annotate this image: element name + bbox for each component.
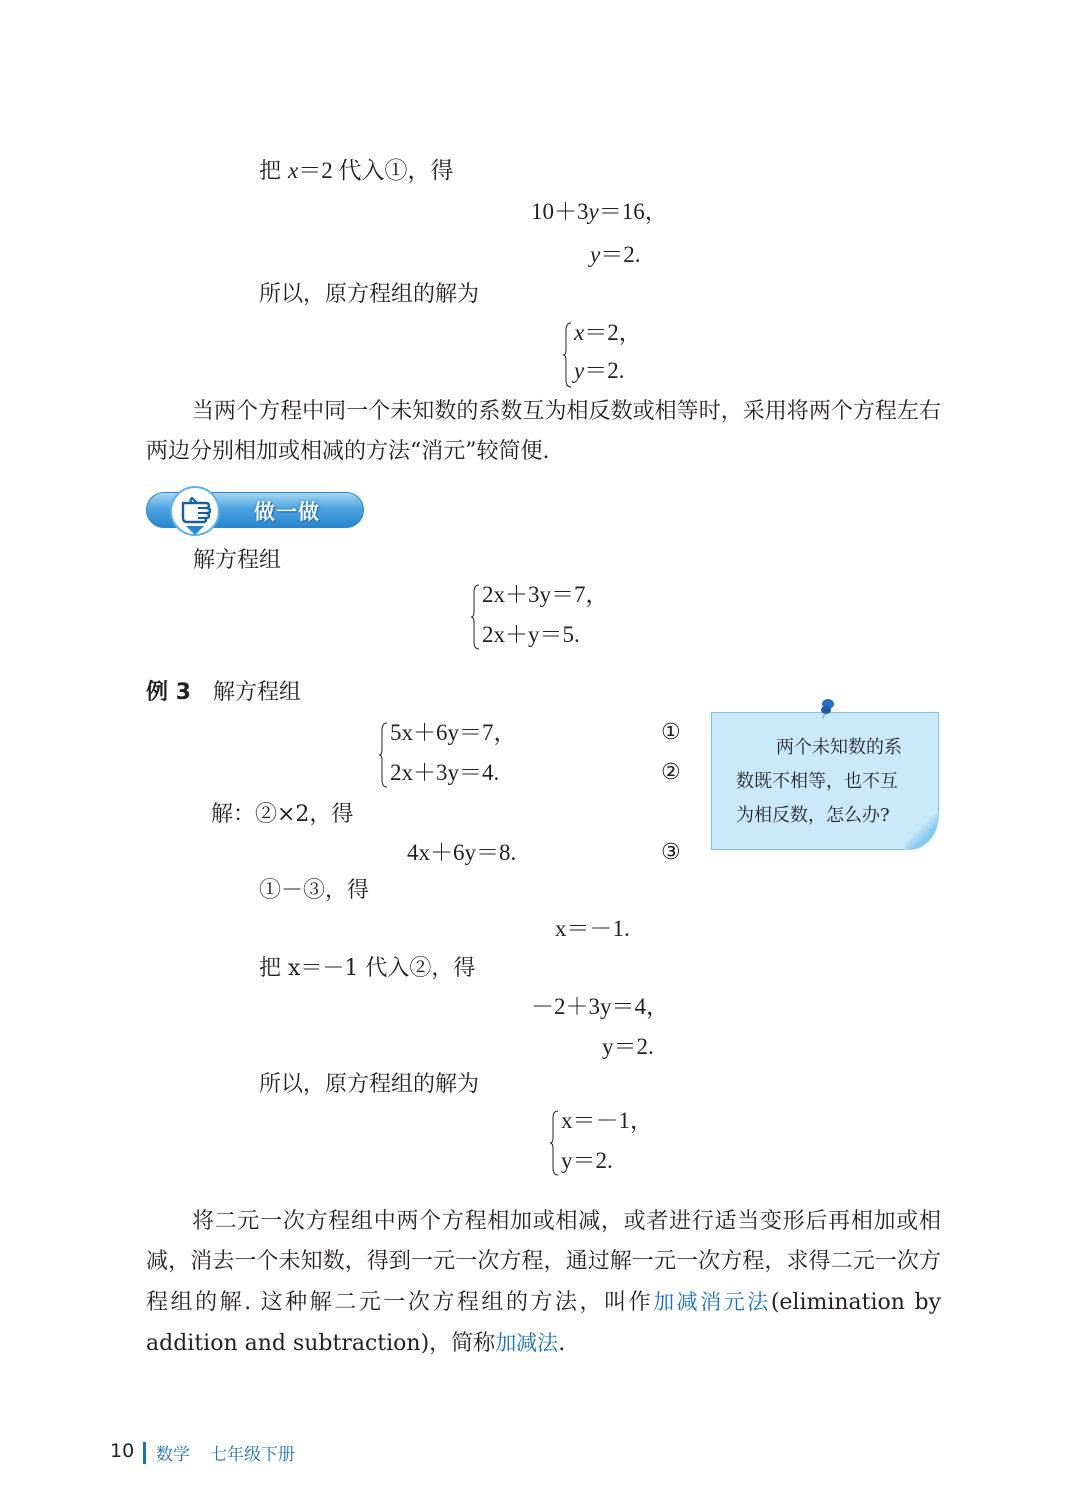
substitute-line: 把 x＝2 代入①，得 <box>259 156 453 187</box>
solution-y: y＝2. <box>561 1146 613 1176</box>
note-line: 两个未知数的系 <box>736 731 922 765</box>
solution-step: ①－③，得 <box>259 876 369 906</box>
summary-paragraph: 当两个方程中同一个未知数的系数互为相反数或相等时，采用将两个方程左右两边分别相加… <box>146 392 941 472</box>
text: . <box>558 1331 565 1356</box>
example-label: 例 3 <box>146 680 191 705</box>
banner-label: 做一做 <box>254 496 320 526</box>
do-it-banner: 做一做 <box>146 488 364 534</box>
equation: y＝2. <box>590 240 640 270</box>
text: ＝16， <box>599 199 668 224</box>
brace-icon <box>549 1110 559 1176</box>
triangle-down-icon <box>186 526 204 535</box>
definition-paragraph: 将二元一次方程组中两个方程相加或相减，或者进行适当变形后再相加或相减，消去一个未… <box>146 1202 941 1364</box>
var-y: y <box>589 199 599 224</box>
equation: 2x＋y＝5. <box>482 620 580 650</box>
text: ＝2 代入①，得 <box>298 158 453 183</box>
var-x: x <box>574 320 584 345</box>
example-heading: 例 3解方程组 <box>146 678 301 708</box>
brace-icon <box>378 722 388 788</box>
solution-step: 把 x＝－1 代入②，得 <box>259 954 475 984</box>
term-addition-subtraction: 加减法 <box>495 1331 558 1355</box>
equation-tag: ③ <box>661 838 681 868</box>
brace-icon <box>470 584 480 650</box>
brace-icon <box>562 322 572 388</box>
do-it-system: 2x＋3y＝7， 2x＋y＝5. <box>470 580 630 652</box>
solution-system: x＝2， y＝2. <box>562 318 662 390</box>
equation: 2x＋3y＝7， <box>482 580 609 610</box>
equation-3: 4x＋6y＝8. <box>407 838 516 868</box>
text: 10＋3 <box>531 199 589 224</box>
var-y: y <box>590 242 600 267</box>
page-number: 10 <box>110 1440 134 1462</box>
var-y: y <box>574 358 584 383</box>
text: ＝2. <box>600 242 640 267</box>
equation-tag: ② <box>661 758 681 788</box>
text: ＝2， <box>584 320 642 345</box>
do-it-prompt: 解方程组 <box>193 546 281 576</box>
term-elimination-method: 加减消元法 <box>653 1290 771 1314</box>
note-line: 为相反数，怎么办? <box>736 799 922 833</box>
var-x: x <box>288 158 298 183</box>
equation-tag: ① <box>661 718 681 748</box>
note-line: 数既不相等，也不互 <box>736 765 922 799</box>
equation-1: 5x＋6y＝7， <box>390 718 517 748</box>
example-system: 5x＋6y＝7， 2x＋3y＝4. <box>378 718 538 790</box>
conclusion-line: 所以，原方程组的解为 <box>259 1070 479 1100</box>
footer-subject: 数学 <box>156 1440 190 1465</box>
footer-grade: 七年级下册 <box>210 1440 295 1465</box>
solution-y: y＝2. <box>574 356 624 386</box>
equation: －2＋3y＝4， <box>531 992 669 1022</box>
equation-2: 2x＋3y＝4. <box>390 758 499 788</box>
solution-x: x＝2， <box>574 318 642 348</box>
equation: x＝－1. <box>555 914 630 944</box>
example-prompt: 解方程组 <box>213 680 301 705</box>
footer-divider <box>143 1442 146 1464</box>
text: 把 <box>259 159 288 184</box>
conclusion-line: 所以，原方程组的解为 <box>259 280 479 310</box>
equation: 10＋3y＝16， <box>531 197 668 227</box>
note-text: 两个未知数的系 数既不相等，也不互 为相反数，怎么办? <box>736 731 922 833</box>
solution-step: 解：②×2，得 <box>211 800 353 830</box>
example-solution-system: x＝－1， y＝2. <box>549 1106 669 1178</box>
equation: y＝2. <box>602 1032 654 1062</box>
solution-x: x＝－1， <box>561 1106 653 1136</box>
sticky-note: 两个未知数的系 数既不相等，也不互 为相反数，怎么办? <box>711 712 939 850</box>
text: ＝2. <box>584 358 624 383</box>
pushpin-icon <box>818 697 836 719</box>
